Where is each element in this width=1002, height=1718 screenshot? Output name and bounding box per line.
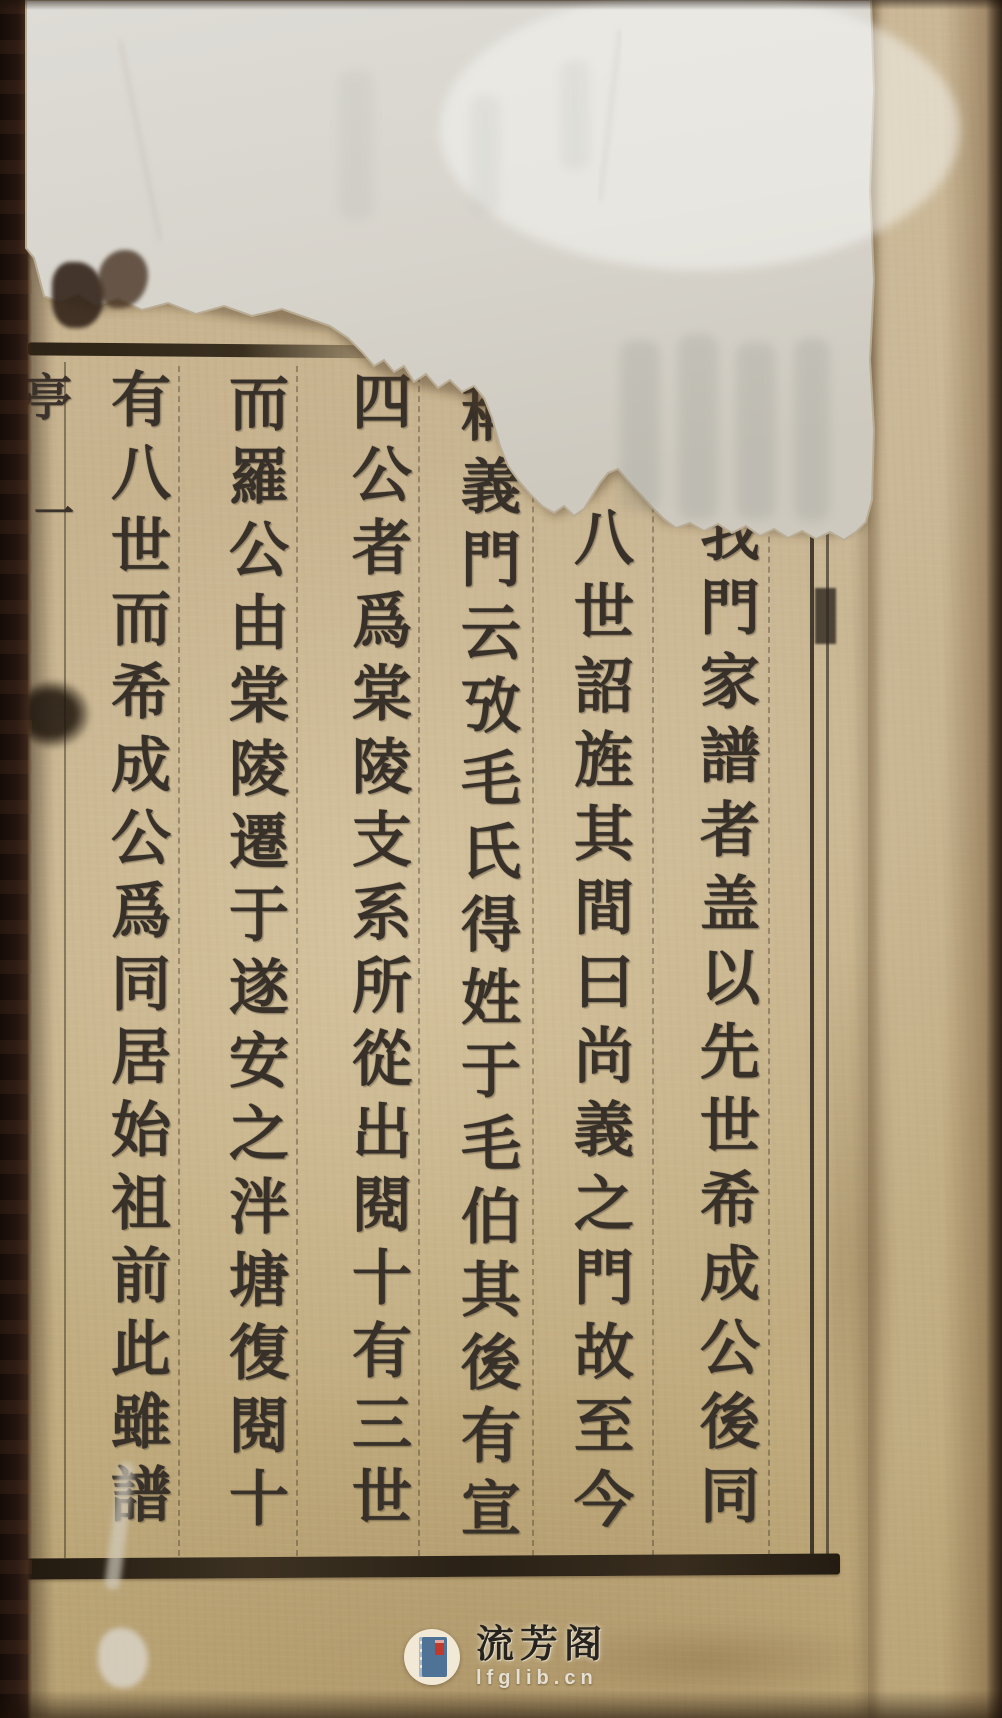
frame-right-rule-outer [826,500,829,1558]
photo-edge-bottom [0,1690,1002,1718]
watermark-badge [404,1629,460,1685]
photo-edge-right [986,0,1002,1718]
text-column-6: 有八世而希成公爲同居始祖前此雖譜 [93,368,179,1552]
torn-paper-debris [52,262,104,328]
book-title-label [435,1640,444,1655]
frame-left-rule [64,362,66,1558]
text-column-1: 我門家譜者盖以先世希成公後同 [682,502,768,1558]
text-column-3: 稱義門云攷毛氏得姓于毛伯其後有宣 [443,382,529,1554]
site-watermark: 流芳阁 lfglib.cn [404,1626,608,1688]
right-stain [830,950,890,1570]
photo-edge-top [0,0,1002,10]
scanned-page: 我門家譜者盖以先世希成公後同 八世詔旌其間曰尚義之門故至今 稱義門云攷毛氏得姓于… [0,0,1002,1718]
text-column-5: 而羅公由棠陵遷于遂安之泮塘復閱十 [211,372,297,1550]
text-column-4: 四公者爲棠陵支系所從出閱十有三世 [334,370,420,1550]
book-spine [0,0,32,1718]
column-divider [768,366,770,1556]
spine-page-number: 一 [34,482,74,539]
column-divider [532,366,534,1556]
text-column-2: 八世詔旌其間曰尚義之門故至今 [556,506,642,1558]
book-icon [419,1637,447,1677]
watermark-site-name: 流芳阁 [476,1626,608,1664]
watermark-site-url: lfglib.cn [476,1668,608,1688]
paper-chip [98,1628,148,1688]
ink-mark [815,588,836,644]
column-divider [652,366,654,1556]
frame-right-rule-inner [810,498,814,1558]
